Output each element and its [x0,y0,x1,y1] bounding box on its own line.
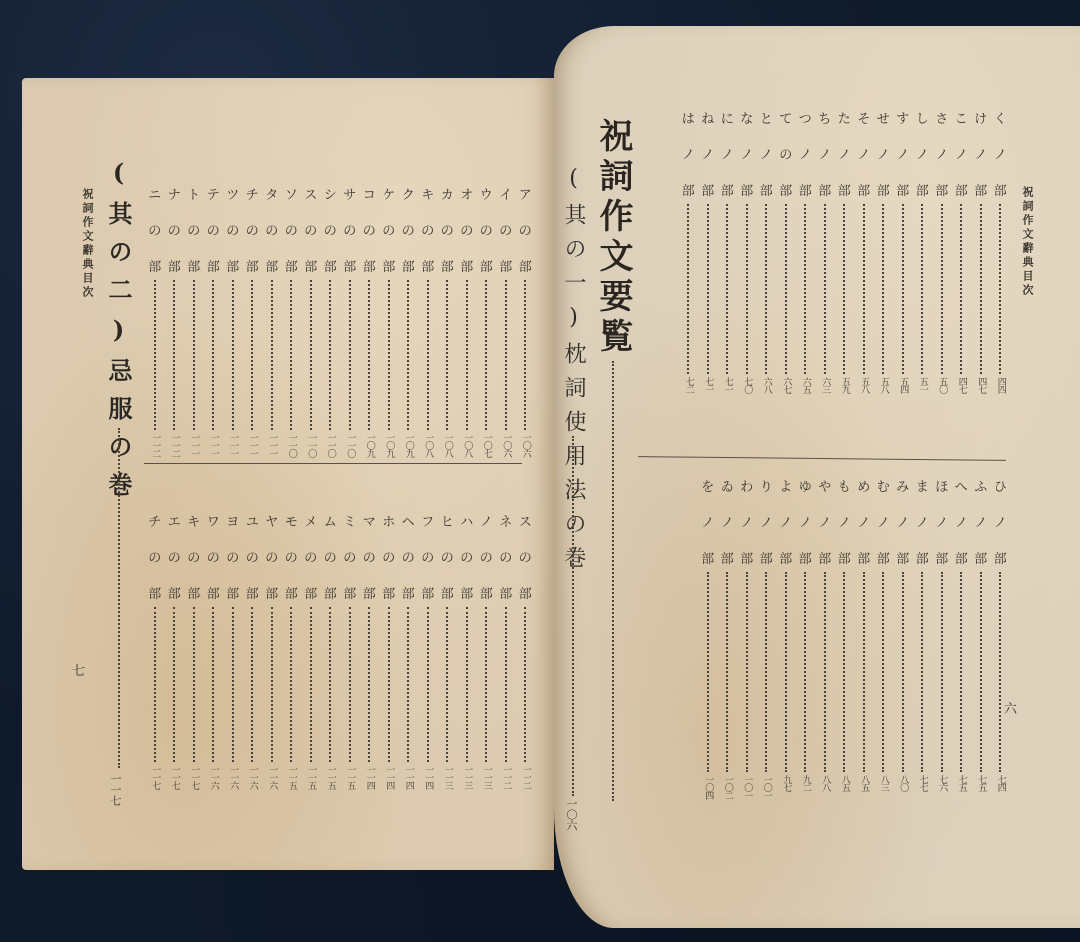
entry-section-char: 部 [246,258,259,278]
running-head: 祝詞作文辭典目次 [82,188,93,300]
toc-entry: フの部一一四 [418,513,438,789]
entry-section-char: 部 [974,550,987,570]
entry-section-char: 部 [168,258,181,278]
entry-kana: ユ [246,513,259,533]
entry-section-char: 部 [402,585,415,605]
entry-particle: の [246,549,259,569]
dotted-leader [271,280,273,430]
entry-particle: ノ [838,514,851,534]
dotted-leader [941,204,943,374]
entry-particle: の [402,222,415,242]
entry-section-char: 部 [363,585,376,605]
entry-section-char: 部 [460,258,473,278]
dotted-leader [349,607,351,762]
entry-section-char: 部 [701,182,714,202]
toc-entry: ゐノ部一〇二 [718,478,738,799]
dotted-leader [173,607,175,762]
entry-kana: ヘ [402,513,415,533]
entry-kana: メ [304,513,317,533]
entry-section-char: 部 [460,585,473,605]
entry-section-char: 部 [363,258,376,278]
toc-entry: ホの部一一四 [379,513,399,789]
entry-kana: く [994,110,1007,130]
dotted-leader [746,572,748,772]
dotted-leader [407,280,409,430]
left-page: 祝詞作文辭典目次 (其の二)忌服の巻 一一七 アの部一〇六イの部一〇六ウの部一〇… [22,78,554,870]
entry-particle: ノ [857,514,870,534]
entry-section-char: 部 [740,550,753,570]
entry-kana: ホ [382,513,395,533]
entry-kana: め [857,478,870,498]
entry-particle: の [460,222,473,242]
entry-page-number: 一〇九 [404,433,413,457]
entry-particle: の [499,222,512,242]
dotted-leader [485,280,487,430]
entry-particle: ノ [994,514,1007,534]
entry-page-number: 五八 [879,377,888,393]
entry-particle: ノ [701,146,714,166]
entry-section-char: 部 [935,182,948,202]
dotted-leader [251,280,253,430]
entry-page-number: 六三 [820,377,829,393]
entry-kana: な [740,110,753,130]
entry-particle: の [187,222,200,242]
entry-section-char: 部 [935,550,948,570]
toc-entry: ナの部一一二 [165,186,185,457]
dotted-leader [212,280,214,430]
dotted-leader [466,280,468,430]
toc-entry: なノ部七〇 [737,110,757,393]
dotted-leader [485,607,487,762]
toc-entry: しノ部五一 [913,110,933,393]
toc-entry: つノ部六五 [796,110,816,393]
toc-entry: ひノ部七四 [991,478,1011,799]
entry-kana: ト [187,186,200,206]
entry-page-number: 七七 [918,775,927,791]
entry-section-char: 部 [304,585,317,605]
entry-kana: に [721,110,734,130]
toc-entry: こノ部四七 [952,110,972,393]
toc-entry: タの部一一一 [262,186,282,457]
entry-particle: ノ [838,146,851,166]
entry-page-number: 一一二 [150,433,159,457]
entry-section-char: 部 [324,585,337,605]
dotted-leader [329,280,331,430]
entry-section-char: 部 [682,182,695,202]
entry-page-number: 一一五 [287,765,296,789]
entry-kana: ヨ [226,513,239,533]
dotted-leader [310,607,312,762]
toc-entry: エの部一一七 [165,513,185,789]
entry-page-number: 五八 [859,377,868,393]
entry-section-char: 部 [916,550,929,570]
entry-page-number: 一一〇 [306,433,315,457]
entry-page-number: 一〇八 [443,433,452,457]
entry-section-char: 部 [168,585,181,605]
dotted-leader [726,572,728,772]
entry-kana: ひ [994,478,1007,498]
entry-page-number: 一〇七 [482,433,491,457]
toc-entry: スの部一一〇 [301,186,321,457]
entry-page-number: 一一四 [423,765,432,789]
toc-lower-list: スの部一一二ネの部一一二ノの部一一三ハの部一一三ヒの部一一三フの部一一四ヘの部一… [140,513,535,789]
entry-particle: ノ [935,514,948,534]
entry-section-char: 部 [838,550,851,570]
entry-kana: フ [421,513,434,533]
entry-kana: ほ [935,478,948,498]
toc-entry: むノ部八三 [874,478,894,799]
entry-particle: ノ [779,514,792,534]
entry-kana: ま [916,478,929,498]
entry-page-number: 一一〇 [345,433,354,457]
entry-section-char: 部 [955,550,968,570]
dotted-leader [212,607,214,762]
dotted-leader [154,280,156,430]
entry-kana: チ [148,513,161,533]
title-leader [572,436,574,796]
entry-page-number: 一一六 [267,765,276,789]
entry-section-char: 部 [760,550,773,570]
entry-particle: ノ [916,146,929,166]
entry-page-number: 一一三 [462,765,471,789]
entry-kana: ふ [974,478,987,498]
entry-kana: オ [460,186,473,206]
toc-upper-list: アの部一〇六イの部一〇六ウの部一〇七オの部一〇八カの部一〇八キの部一〇八クの部一… [140,186,535,457]
entry-section-char: 部 [421,585,434,605]
entry-page-number: 一一三 [482,765,491,789]
dotted-leader [388,607,390,762]
entry-page-number: 一一七 [150,765,159,789]
entry-page-number: 一一四 [365,765,374,789]
entry-page-number: 一〇六 [501,433,510,457]
entry-particle: の [168,549,181,569]
entry-kana: へ [955,478,968,498]
entry-section-char: 部 [721,182,734,202]
entry-page-number: 一一一 [228,433,237,457]
entry-kana: ニ [148,186,161,206]
entry-page-number: 一一二 [521,765,530,789]
entry-section-char: 部 [343,585,356,605]
entry-kana: ス [304,186,317,206]
entry-particle: ノ [682,146,695,166]
entry-section-char: 部 [285,258,298,278]
entry-section-char: 部 [896,550,909,570]
dotted-leader [980,204,982,374]
dotted-leader [863,204,865,374]
toc-entry: りノ部一〇一 [757,478,777,799]
entry-particle: の [421,222,434,242]
entry-kana: ム [324,513,337,533]
dotted-leader [707,204,709,374]
dotted-leader [687,204,689,374]
entry-particle: ノ [896,514,909,534]
entry-section-char: 部 [207,258,220,278]
entry-particle: の [421,549,434,569]
dotted-leader [329,607,331,762]
dotted-leader [726,204,728,374]
entry-particle: の [343,549,356,569]
entry-section-char: 部 [480,585,493,605]
dotted-leader [980,572,982,772]
toc-entry: ワの部一一六 [204,513,224,789]
entry-particle: ノ [760,514,773,534]
entry-particle: の [363,222,376,242]
entry-kana: ネ [499,513,512,533]
entry-section-char: 部 [480,258,493,278]
dotted-leader [193,607,195,762]
entry-particle: ノ [760,146,773,166]
entry-particle: の [226,222,239,242]
entry-section-char: 部 [246,585,259,605]
entry-kana: ヒ [441,513,454,533]
entry-kana: サ [343,186,356,206]
toc-entry: ネの部一一二 [496,513,516,789]
entry-kana: シ [324,186,337,206]
entry-particle: の [148,549,161,569]
entry-kana: ケ [382,186,395,206]
toc-entry: とノ部六八 [757,110,777,393]
entry-particle: ノ [896,146,909,166]
entry-kana: マ [363,513,376,533]
entry-particle: の [324,222,337,242]
entry-page-number: 一一六 [209,765,218,789]
toc-entry: テの部一一一 [204,186,224,457]
toc-entry: ツの部一一一 [223,186,243,457]
entry-particle: の [343,222,356,242]
entry-particle: ノ [721,514,734,534]
dotted-leader [232,607,234,762]
toc-entry: ユの部一一六 [243,513,263,789]
toc-entry: イの部一〇六 [496,186,516,457]
entry-particle: ノ [955,146,968,166]
dotted-leader [524,607,526,762]
dotted-leader [707,572,709,772]
entry-page-number: 八五 [840,775,849,791]
entry-section-char: 部 [740,182,753,202]
dotted-leader [902,572,904,772]
entry-page-number: 四七 [976,377,985,393]
dotted-leader [505,607,507,762]
entry-particle: ノ [935,146,948,166]
dotted-leader [446,607,448,762]
entry-page-number: 一一〇 [287,433,296,457]
entry-section-char: 部 [148,258,161,278]
entry-kana: ゆ [799,478,812,498]
entry-kana: よ [779,478,792,498]
entry-page-number: 一一一 [189,433,198,457]
entry-page-number: 六七 [781,377,790,393]
entry-page-number: 八三 [879,775,888,791]
entry-page-number: 七〇 [742,377,751,393]
entry-particle: の [519,222,532,242]
entry-kana: も [838,478,851,498]
entry-particle: の [265,549,278,569]
toc-entry: ウの部一〇七 [477,186,497,457]
dotted-leader [863,572,865,772]
entry-page-number: 一〇一 [762,775,771,799]
entry-section-char: 部 [916,182,929,202]
entry-section-char: 部 [499,258,512,278]
dotted-leader [173,280,175,430]
entry-kana: テ [207,186,220,206]
entry-particle: の [402,549,415,569]
entry-page-number: 九七 [781,775,790,791]
entry-section-char: 部 [421,258,434,278]
dotted-leader [999,572,1001,772]
toc-entry: ソの部一一〇 [282,186,302,457]
entry-page-number: 一一一 [209,433,218,457]
entry-kana: ワ [207,513,220,533]
dotted-leader [960,572,962,772]
entry-kana: さ [935,110,948,130]
entry-page-number: 五〇 [937,377,946,393]
entry-particle: の [480,222,493,242]
toc-entry: チの部一一一 [243,186,263,457]
entry-kana: て [779,110,792,130]
toc-entry: カの部一〇八 [438,186,458,457]
dotted-leader [765,204,767,374]
dotted-leader [882,204,884,374]
entry-particle: の [460,549,473,569]
entry-page-number: 一〇六 [521,433,530,457]
entry-kana: ス [519,513,532,533]
entry-section-char: 部 [187,585,200,605]
entry-section-char: 部 [519,258,532,278]
entry-page-number: 一一七 [170,765,179,789]
dotted-leader [505,280,507,430]
entry-kana: す [896,110,909,130]
entry-particle: の [441,222,454,242]
entry-section-char: 部 [148,585,161,605]
dotted-leader [765,572,767,772]
entry-page-number: 六五 [801,377,810,393]
dotted-leader [271,607,273,762]
entry-kana: み [896,478,909,498]
toc-entry: サの部一一〇 [340,186,360,457]
section-page: 一〇六 [566,798,577,831]
entry-kana: ウ [480,186,493,206]
toc-entry: ノの部一一三 [477,513,497,789]
entry-section-char: 部 [226,585,239,605]
entry-section-char: 部 [343,258,356,278]
toc-entry: ヤの部一一六 [262,513,282,789]
dotted-leader [999,204,1001,374]
entry-page-number: 七一 [703,377,712,393]
entry-section-char: 部 [799,550,812,570]
entry-page-number: 一一六 [248,765,257,789]
toc-entry: はノ部七二 [679,110,699,393]
entry-particle: の [168,222,181,242]
dotted-leader [193,280,195,430]
toc-entry: ニの部一一二 [145,186,165,457]
entry-page-number: 一一六 [228,765,237,789]
entry-kana: コ [363,186,376,206]
entry-particle: ノ [877,146,890,166]
entry-particle: の [265,222,278,242]
entry-page-number: 四四 [996,377,1005,393]
entry-particle: の [285,222,298,242]
toc-upper-list: くノ部四四けノ部四七こノ部四七さノ部五〇しノ部五一すノ部五四せノ部五八そノ部五八… [640,110,1010,393]
entry-particle: ノ [955,514,968,534]
entry-kana: ノ [480,513,493,533]
entry-particle: の [285,549,298,569]
entry-section-char: 部 [265,258,278,278]
entry-page-number: 一一四 [404,765,413,789]
entry-particle: の [779,146,792,166]
toc-entry: ハの部一一三 [457,513,477,789]
entry-page-number: 七一 [723,377,732,393]
title-leader [118,428,120,768]
entry-page-number: 一一五 [326,765,335,789]
dotted-leader [746,204,748,374]
entry-section-char: 部 [441,258,454,278]
toc-entry: わノ部一〇一 [737,478,757,799]
toc-entry: にノ部七一 [718,110,738,393]
entry-kana: カ [441,186,454,206]
entry-section-char: 部 [265,585,278,605]
entry-page-number: 一〇八 [423,433,432,457]
toc-entry: をノ部一〇四 [698,478,718,799]
entry-section-char: 部 [519,585,532,605]
entry-particle: の [246,222,259,242]
toc-lower-list: ひノ部七四ふノ部七五へノ部七五ほノ部七六まノ部七七みノ部八〇むノ部八三めノ部八五… [640,478,1010,799]
entry-section-char: 部 [779,550,792,570]
entry-page-number: 一一一 [248,433,257,457]
entry-section-char: 部 [382,258,395,278]
entry-section-char: 部 [857,550,870,570]
entry-page-number: 一一五 [345,765,354,789]
dotted-leader [843,204,845,374]
section-number: (其の一) [561,166,586,342]
entry-kana: け [974,110,987,130]
entry-section-char: 部 [877,182,890,202]
entry-particle: ノ [701,514,714,534]
entry-kana: エ [168,513,181,533]
toc-entry: ちノ部六三 [815,110,835,393]
entry-page-number: 一一二 [170,433,179,457]
entry-particle: ノ [994,146,1007,166]
entry-kana: こ [955,110,968,130]
entry-kana: せ [877,110,890,130]
entry-particle: の [441,549,454,569]
toc-entry: もノ部八五 [835,478,855,799]
dotted-leader [804,204,806,374]
entry-section-char: 部 [187,258,200,278]
toc-entry: けノ部四七 [971,110,991,393]
toc-entry: みノ部八〇 [893,478,913,799]
toc-entry: まノ部七七 [913,478,933,799]
entry-page-number: 四七 [957,377,966,393]
entry-kana: タ [265,186,278,206]
toc-entry: チの部一一七 [145,513,165,789]
entry-particle: の [226,549,239,569]
toc-entry: モの部一一五 [282,513,302,789]
entry-page-number: 七六 [937,775,946,791]
entry-particle: の [304,222,317,242]
toc-entry: キの部一〇八 [418,186,438,457]
toc-entry: シの部一一〇 [321,186,341,457]
entry-section-char: 部 [838,182,851,202]
toc-entry: トの部一一一 [184,186,204,457]
toc-entry: ての部六七 [776,110,796,393]
dotted-leader [804,572,806,772]
entry-kana: モ [285,513,298,533]
toc-entry: すノ部五四 [893,110,913,393]
entry-section-char: 部 [701,550,714,570]
dotted-leader [310,280,312,430]
entry-page-number: 八五 [859,775,868,791]
entry-section-char: 部 [779,182,792,202]
